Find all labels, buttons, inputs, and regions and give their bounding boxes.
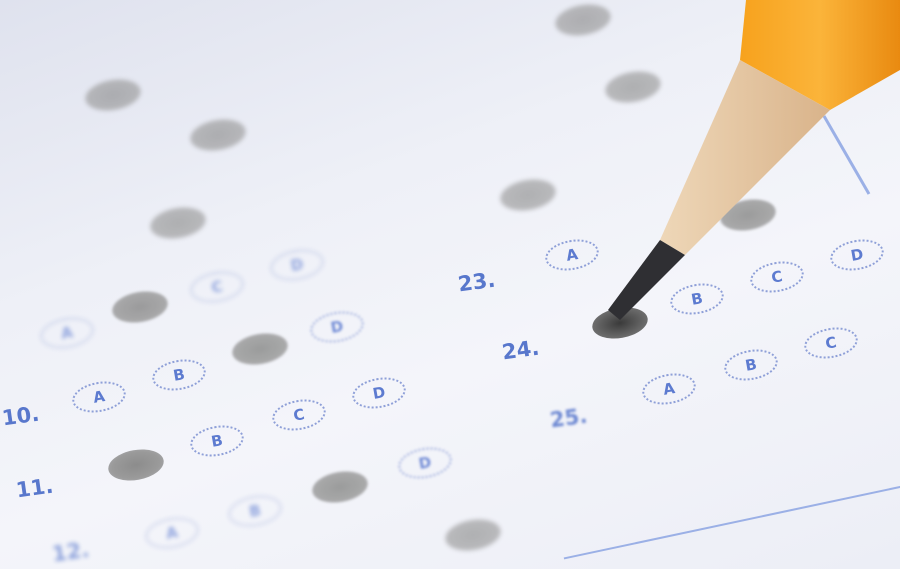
filled-bubble — [83, 75, 143, 114]
filled-bubble — [188, 115, 248, 154]
bubble-a[interactable]: A — [38, 314, 96, 353]
pencil-icon — [600, 0, 900, 340]
bubble-c[interactable]: C — [270, 396, 328, 435]
bubble-d[interactable]: D — [350, 374, 408, 413]
bubble-d[interactable]: D — [308, 308, 366, 347]
bubble-a[interactable]: A — [70, 378, 128, 417]
bubble-a[interactable]: A — [640, 370, 698, 409]
bubble-a[interactable]: A — [543, 236, 601, 275]
filled-bubble — [443, 515, 503, 554]
bubble-d[interactable]: D — [396, 444, 454, 483]
bubble-b[interactable]: B — [150, 356, 208, 395]
question-number: 12. — [51, 538, 91, 567]
bubble-b[interactable]: B — [226, 492, 284, 531]
bubble-c[interactable]: C — [188, 268, 246, 307]
filled-bubble — [310, 467, 370, 506]
question-number: 25. — [549, 404, 589, 433]
bubble-d[interactable]: D — [268, 246, 326, 285]
filled-bubble — [106, 445, 166, 484]
filled-bubble — [498, 175, 558, 214]
bubble-b[interactable]: B — [188, 422, 246, 461]
filled-bubble — [110, 287, 170, 326]
filled-bubble — [148, 203, 208, 242]
bubble-b[interactable]: B — [722, 346, 780, 385]
question-number: 10. — [1, 402, 41, 431]
question-number: 23. — [457, 268, 497, 297]
question-number: 24. — [501, 336, 541, 365]
sheet-border-line — [564, 483, 900, 560]
filled-bubble — [230, 329, 290, 368]
bubble-a[interactable]: A — [143, 514, 201, 553]
question-number: 11. — [15, 474, 55, 503]
